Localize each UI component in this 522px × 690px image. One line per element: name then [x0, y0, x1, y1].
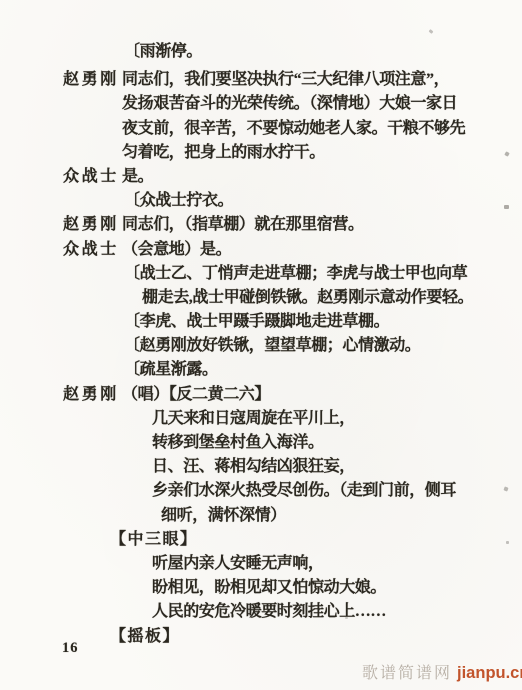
line-text: 人民的安危冷暖要时刻挂心上……	[152, 600, 386, 624]
line-text: 日、汪、蒋相勾结凶狠狂妄，	[152, 455, 355, 479]
line-text: 〔李虎、战士甲蹑手蹑脚地走进草棚。	[124, 310, 389, 334]
line-text: 〔雨渐停。	[124, 40, 202, 64]
speaker-name: 赵勇刚	[63, 213, 119, 237]
line-text: 匀着吃，把身上的雨水拧干。	[122, 141, 325, 165]
line-text: 细听，满怀深情）	[161, 504, 286, 528]
speaker-name: 赵勇刚	[63, 68, 119, 92]
script-line: 转移到堡垒村鱼入海洋。	[0, 431, 522, 455]
line-text: 转移到堡垒村鱼入海洋。	[152, 431, 324, 455]
script-line: 匀着吃，把身上的雨水拧干。	[0, 141, 522, 165]
line-text: 是。	[122, 165, 153, 189]
script-line: 人民的安危冷暖要时刻挂心上……	[0, 600, 522, 624]
script-line: 细听，满怀深情）	[0, 504, 522, 528]
speaker-name: 赵勇刚	[63, 383, 119, 407]
line-text: 【中三眼】	[110, 528, 198, 552]
line-text: （会意地）是。	[122, 238, 231, 262]
script-line: 〔疏星渐露。	[0, 358, 522, 382]
scan-artifact-speck	[504, 205, 509, 209]
speaker-name: 众战士	[63, 238, 119, 262]
line-text: 〔战士乙、丁悄声走进草棚；李虎与战士甲也向草	[124, 262, 467, 286]
script-line: 众战士（会意地）是。	[0, 238, 522, 262]
script-line: 赵勇刚同志们，（指草棚）就在那里宿营。	[0, 213, 522, 237]
line-text: 同志们，我们要坚决执行“三大纪律八项注意”，	[122, 68, 449, 92]
script-line: 〔众战士拧衣。	[0, 189, 522, 213]
line-text: 听屋内亲人安睡无声响，	[152, 552, 324, 576]
script-line: 夜支前，很辛苦，不要惊动她老人家。干粮不够先	[0, 117, 522, 141]
scan-artifact-speck	[429, 29, 434, 34]
page-number: 16	[62, 640, 79, 657]
script-line: 赵勇刚同志们，我们要坚决执行“三大纪律八项注意”，	[0, 68, 522, 92]
watermark-site-name: 歌谱简谱网	[362, 665, 452, 682]
script-line: 几天来和日寇周旋在平川上，	[0, 407, 522, 431]
script-line: 〔赵勇刚放好铁锹，望望草棚；心情激动。	[0, 334, 522, 358]
line-text: 〔众战士拧衣。	[124, 189, 233, 213]
script-line: 棚走去,战士甲碰倒铁锹。赵勇刚示意动作要轻。	[0, 286, 522, 310]
speaker-name: 众战士	[63, 165, 119, 189]
line-text: 【摇板】	[110, 625, 180, 649]
script-line: 〔李虎、战士甲蹑手蹑脚地走进草棚。	[0, 310, 522, 334]
line-text: 乡亲们水深火热受尽创伤。（走到门前，侧耳	[152, 479, 456, 503]
script-line: 赵勇刚（唱）【反二黄二六】	[0, 383, 522, 407]
line-text: 棚走去,战士甲碰倒铁锹。赵勇刚示意动作要轻。	[142, 286, 473, 310]
script-line: 【中三眼】	[0, 528, 522, 552]
script-line: 乡亲们水深火热受尽创伤。（走到门前，侧耳	[0, 479, 522, 503]
scan-artifact-speck	[506, 541, 509, 544]
line-text: 盼相见，盼相见却又怕惊动大娘。	[152, 576, 386, 600]
script-line: 日、汪、蒋相勾结凶狠狂妄，	[0, 455, 522, 479]
line-text: 几天来和日寇周旋在平川上，	[152, 407, 355, 431]
line-text: 〔疏星渐露。	[124, 358, 218, 382]
script-line: 听屋内亲人安睡无声响，	[0, 552, 522, 576]
scan-artifact-speck	[345, 617, 348, 619]
watermark: 歌谱简谱网jianpu.cn	[362, 660, 522, 683]
line-text: （唱）【反二黄二六】	[122, 383, 270, 407]
line-text: 夜支前，很辛苦，不要惊动她老人家。干粮不够先	[122, 117, 465, 141]
script-body: 〔雨渐停。赵勇刚同志们，我们要坚决执行“三大纪律八项注意”，发扬艰苦奋斗的光荣传…	[0, 40, 522, 649]
watermark-site-url: jianpu.cn	[457, 664, 522, 682]
line-text: 发扬艰苦奋斗的光荣传统。（深情地）大娘一家日	[122, 92, 457, 116]
line-text: 〔赵勇刚放好铁锹，望望草棚；心情激动。	[124, 334, 420, 358]
script-line: 〔战士乙、丁悄声走进草棚；李虎与战士甲也向草	[0, 262, 522, 286]
script-line: 盼相见，盼相见却又怕惊动大娘。	[0, 576, 522, 600]
script-line: 〔雨渐停。	[0, 40, 522, 64]
line-text: 同志们，（指草棚）就在那里宿营。	[122, 213, 364, 237]
script-line: 众战士是。	[0, 165, 522, 189]
scanned-script-page: 〔雨渐停。赵勇刚同志们，我们要坚决执行“三大纪律八项注意”，发扬艰苦奋斗的光荣传…	[0, 0, 522, 690]
script-line: 发扬艰苦奋斗的光荣传统。（深情地）大娘一家日	[0, 92, 522, 116]
